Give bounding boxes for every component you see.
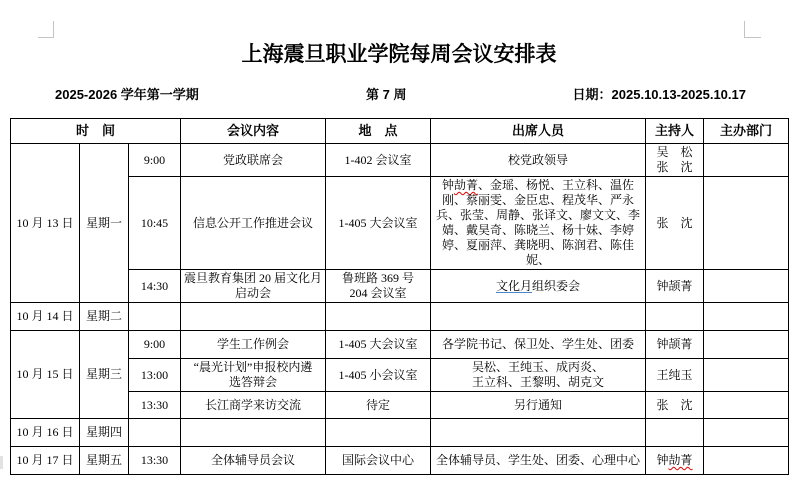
cell-attendees: 钟劼菁、金瑶、杨悦、王立科、温佐刚、蔡丽雯、金臣忠、程茂华、严永兵、张莹、周静、… (431, 177, 646, 270)
cell-time: 13:00 (129, 359, 181, 392)
host-name: 钟 (656, 453, 668, 467)
cell-attendees: 吴松、王纯玉、成丙炎、 王立科、王黎明、胡克文 (431, 359, 646, 392)
attendee-name-misspelled: 劼菁 (454, 178, 478, 192)
cell-department (704, 144, 789, 177)
cell-time: 13:30 (129, 447, 181, 475)
cell-department (704, 447, 789, 475)
cell-date: 10 月 14 日 (11, 303, 80, 331)
header-time: 时 间 (11, 119, 181, 144)
cell-department (704, 177, 789, 270)
cell-attendees (431, 303, 646, 331)
cell-time: 14:30 (129, 270, 181, 303)
cell-location: 1-405 小会议室 (326, 359, 431, 392)
attendee-name: 钟 (442, 178, 454, 192)
semester-label: 2025-2026 学年第一学期 (55, 84, 199, 103)
cell-location: 国际会议中心 (326, 447, 431, 475)
cell-location (326, 303, 431, 331)
cell-time (129, 303, 181, 331)
cell-weekday: 星期四 (80, 419, 129, 447)
table-row: 10 月 17 日 星期五 13:30 全体辅导员会议 国际会议中心 全体辅导员… (11, 447, 789, 475)
cell-weekday: 星期五 (80, 447, 129, 475)
cell-content (181, 303, 326, 331)
page-margin-mark-right (744, 21, 761, 38)
table-row: 10 月 13 日 星期一 9:00 党政联席会 1-402 会议室 校党政领导… (11, 144, 789, 177)
cell-content: 学生工作例会 (181, 331, 326, 359)
cell-location: 1-405 大会议室 (326, 177, 431, 270)
table-row: 10 月 14 日 星期二 (11, 303, 789, 331)
cell-content: 信息公开工作推进会议 (181, 177, 326, 270)
host-name-misspelled: 劼菁 (669, 453, 693, 467)
week-label: 第 7 周 (366, 84, 406, 103)
cell-weekday: 星期二 (80, 303, 129, 331)
header-row: 时 间 会议内容 地 点 出席人员 主持人 主办部门 (11, 119, 789, 144)
cell-date: 10 月 16 日 (11, 419, 80, 447)
header-host: 主持人 (646, 119, 704, 144)
cell-location: 1-402 会议室 (326, 144, 431, 177)
cell-host (646, 303, 704, 331)
cell-time: 10:45 (129, 177, 181, 270)
cell-content: “晨光计划”申报校内遴 选答辩会 (181, 359, 326, 392)
cell-location: 鲁班路 369 号 204 会议室 (326, 270, 431, 303)
meeting-schedule-table: 时 间 会议内容 地 点 出席人员 主持人 主办部门 10 月 13 日 星期一… (10, 118, 789, 475)
cell-weekday: 星期三 (80, 331, 129, 419)
cell-host: 张 沈 (646, 177, 704, 270)
cell-weekday: 星期一 (80, 144, 129, 303)
header-content: 会议内容 (181, 119, 326, 144)
cell-time: 9:00 (129, 331, 181, 359)
cell-host: 王纯玉 (646, 359, 704, 392)
cell-department (704, 270, 789, 303)
cell-attendees: 另行通知 (431, 392, 646, 419)
header-department: 主办部门 (704, 119, 789, 144)
cell-attendees: 校党政领导 (431, 144, 646, 177)
cell-content: 全体辅导员会议 (181, 447, 326, 475)
cell-department (704, 419, 789, 447)
cell-time (129, 419, 181, 447)
cell-content: 震旦教育集团 20 届文化月 启动会 (181, 270, 326, 303)
cell-time: 13:30 (129, 392, 181, 419)
cell-attendees: 全体辅导员、学生处、团委、心理中心 (431, 447, 646, 475)
cell-host: 钟颉菁 (646, 270, 704, 303)
cell-attendees: 各学院书记、保卫处、学生处、团委 (431, 331, 646, 359)
page-title: 上海震旦职业学院每周会议安排表 (0, 38, 798, 68)
cell-date: 10 月 13 日 (11, 144, 80, 303)
cell-attendees (431, 419, 646, 447)
cell-host: 吴 松 张 沈 (646, 144, 704, 177)
cell-host: 钟颉菁 (646, 331, 704, 359)
cell-location: 1-405 大会议室 (326, 331, 431, 359)
cell-department (704, 359, 789, 392)
cell-content: 长江商学来访交流 (181, 392, 326, 419)
table-row: 10 月 15 日 星期三 9:00 学生工作例会 1-405 大会议室 各学院… (11, 331, 789, 359)
cell-department (704, 392, 789, 419)
cell-host (646, 419, 704, 447)
cell-content (181, 419, 326, 447)
cell-department (704, 331, 789, 359)
cell-host: 张 沈 (646, 392, 704, 419)
cell-content: 党政联席会 (181, 144, 326, 177)
header-location: 地 点 (326, 119, 431, 144)
header-attendees: 出席人员 (431, 119, 646, 144)
table-row: 10 月 16 日 星期四 (11, 419, 789, 447)
page-edge-artifact (0, 456, 3, 469)
cell-time: 9:00 (129, 144, 181, 177)
date-range-label: 日期：2025.10.13-2025.10.17 (573, 84, 746, 103)
page-margin-mark-left (38, 21, 54, 38)
culture-month-link[interactable]: 文化月 (496, 279, 532, 293)
cell-host: 钟劼菁 (646, 447, 704, 475)
meta-row: 2025-2026 学年第一学期 第 7 周 日期：2025.10.13-202… (0, 84, 798, 102)
cell-date: 10 月 15 日 (11, 331, 80, 419)
attendee-names: 组织委会 (532, 279, 580, 293)
cell-location (326, 419, 431, 447)
cell-date: 10 月 17 日 (11, 447, 80, 475)
cell-department (704, 303, 789, 331)
cell-location: 待定 (326, 392, 431, 419)
cell-attendees: 文化月组织委会 (431, 270, 646, 303)
